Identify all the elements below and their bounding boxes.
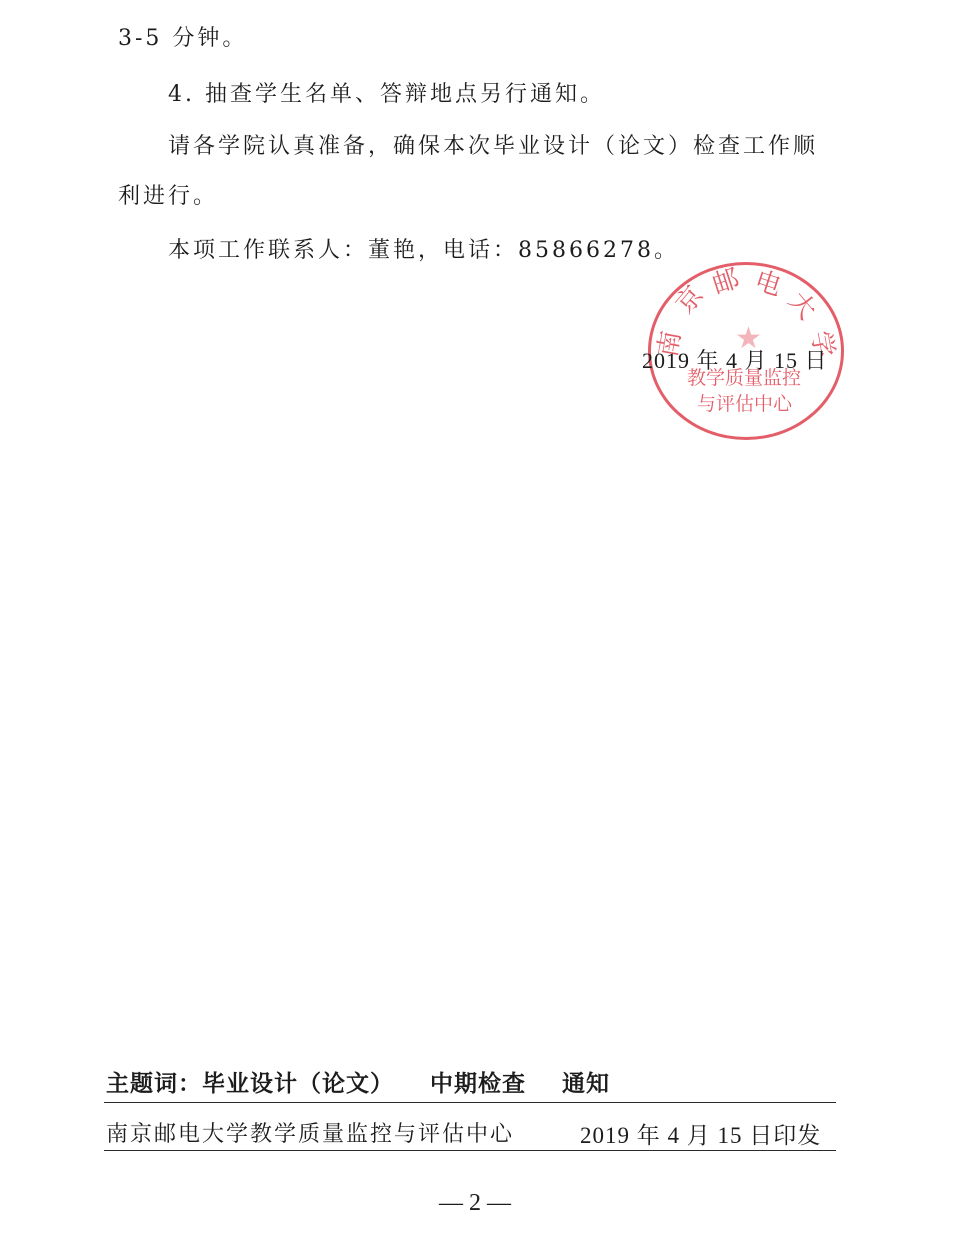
- seal-arc-char: 京: [672, 282, 709, 319]
- contact-line: 本项工作联系人：董艳，电话：85866278。: [168, 240, 679, 262]
- subject-term: 通知: [562, 1071, 610, 1097]
- subject-label: 主题词：: [106, 1071, 202, 1097]
- subject-keywords: 主题词：毕业设计（论文）中期检查通知: [106, 1065, 646, 1098]
- footer-rule-bottom: [104, 1150, 836, 1151]
- body-line-1: 3-5 分钟。: [118, 28, 247, 50]
- seal-arc-char: 邮: [710, 266, 743, 299]
- page-number: — 2 —: [420, 1190, 530, 1217]
- body-line-2: 4. 抽查学生名单、答辩地点另行通知。: [168, 84, 605, 106]
- subject-term: 毕业设计（论文）: [202, 1071, 394, 1097]
- issued-date: 2019 年 4 月 15 日印发: [580, 1117, 821, 1150]
- issuer-name: 南京邮电大学教学质量监控与评估中心: [106, 1117, 514, 1148]
- subject-term: 中期检查: [430, 1071, 526, 1097]
- body-line-3: 请各学院认真准备，确保本次毕业设计（论文）检查工作顺: [168, 136, 818, 158]
- body-line-4: 利进行。: [118, 186, 218, 208]
- seal-arc-char: 大: [784, 288, 821, 325]
- signature-date: 2019 年 4 月 15 日: [642, 344, 828, 375]
- footer-rule-top: [104, 1102, 836, 1103]
- seal-arc-char: 电: [752, 268, 785, 301]
- seal-inner-line-2: 与评估中心: [697, 395, 792, 414]
